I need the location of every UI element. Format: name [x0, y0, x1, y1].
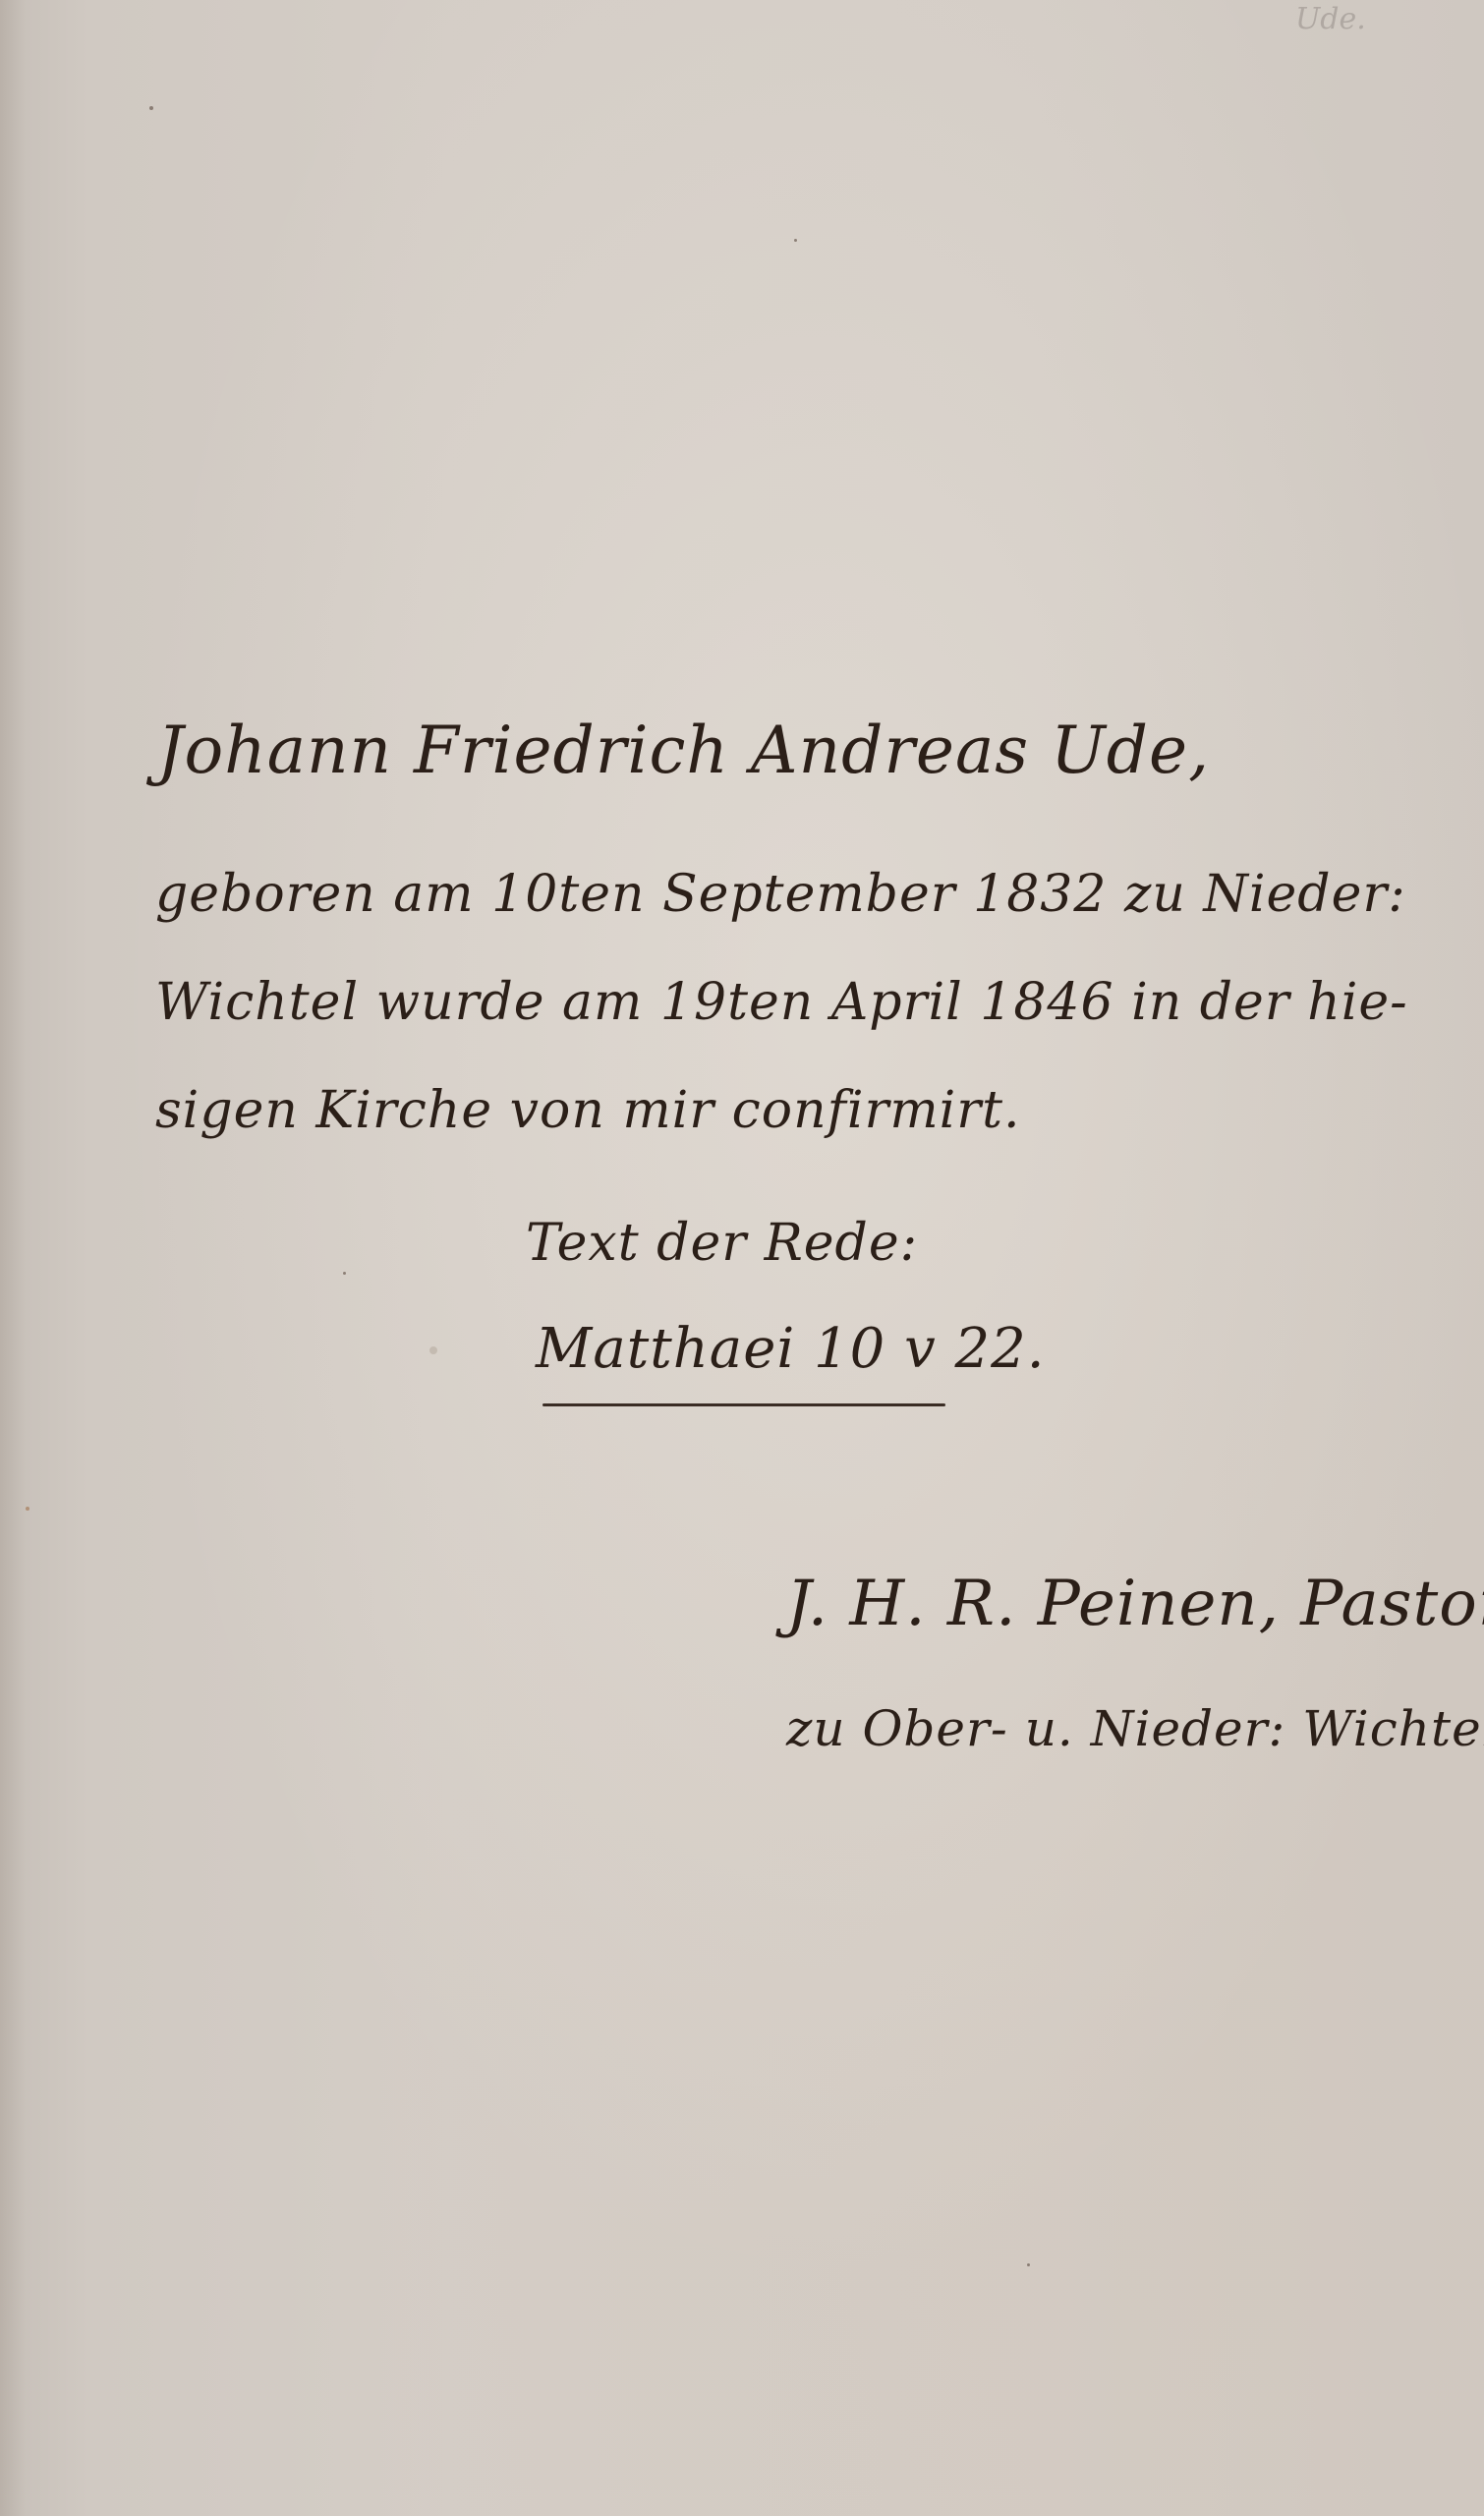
page-edge-shadow — [0, 0, 26, 2516]
paper-speck — [343, 1272, 346, 1275]
pencil-annotation: Ude. — [1295, 2, 1366, 36]
inscription-line-4: sigen Kirche von mir confirmirt. — [155, 1081, 1021, 1140]
manuscript-page: Ude. Johann Friedrich Andreas Ude, gebor… — [0, 0, 1484, 2516]
inscription-line-3: Wichtel wurde am 19ten April 1846 in der… — [155, 973, 1408, 1032]
paper-speck — [149, 106, 153, 110]
verse-reference: Matthaei 10 v 22. — [536, 1317, 1046, 1381]
pastor-signature: J. H. R. Peinen, Pastor — [786, 1568, 1484, 1640]
inscription-line-2: geboren am 10ten September 1832 zu Niede… — [155, 865, 1406, 924]
confirmand-name: Johann Friedrich Andreas Ude, — [157, 713, 1210, 788]
sermon-text-label: Text der Rede: — [526, 1214, 918, 1273]
verse-underline — [542, 1403, 945, 1406]
paper-speck — [26, 1507, 29, 1511]
paper-speck — [1027, 2263, 1030, 2266]
paper-speck — [794, 239, 797, 242]
pastor-parish: zu Ober- u. Nieder: Wichtel — [786, 1700, 1484, 1757]
paper-speck — [429, 1346, 437, 1354]
